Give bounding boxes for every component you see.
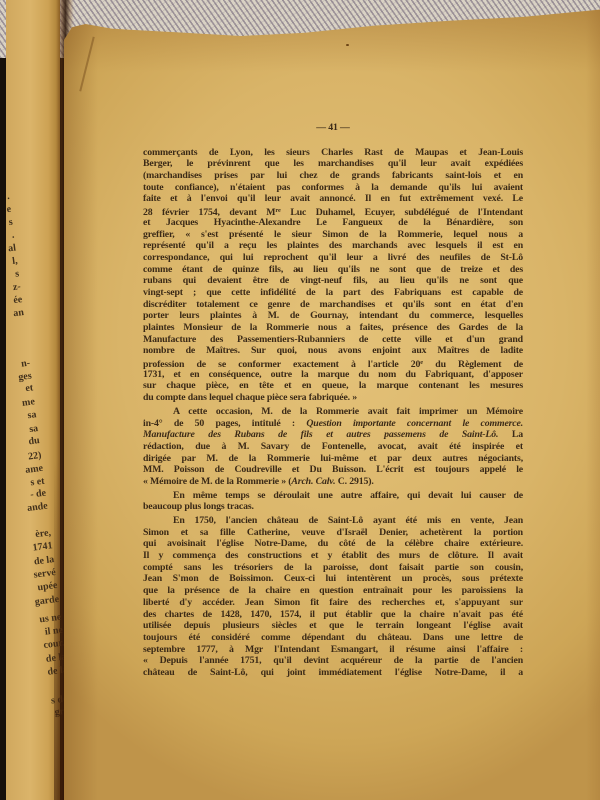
text-line: in-4° de 50 pages, intitulé : Question i… <box>143 418 523 430</box>
text-line: discréditer totalement ce genre de march… <box>143 299 523 311</box>
text-line: greffier, « s'est présenté le sieur Simo… <box>143 229 523 241</box>
left-page-line-fragment: - de <box>30 488 47 501</box>
text-line: « Mémoire de M. de la Rommerie » (Arch. … <box>143 476 523 488</box>
text-line: septembre 1777, à Mgr l'Intendant Esmang… <box>143 644 523 656</box>
page-edge-shadow <box>586 0 600 800</box>
left-page-line-fragment: me <box>21 396 35 408</box>
text-line: que la présence de la chaire en question… <box>143 585 523 597</box>
text-line: nombre de Maîtres. Sur quoi, nous avons … <box>143 345 523 357</box>
left-page-line-fragment: sa <box>27 409 37 421</box>
paragraph: En même temps se déroulait une autre aff… <box>143 490 523 513</box>
left-page-line-fragment: . <box>11 230 15 241</box>
text-line: Berger, le prévinrent que les marchandis… <box>143 158 523 170</box>
text-segment: « Mémoire de M. de la Rommerie » ( <box>143 476 291 487</box>
text-column: — 41 — commerçants de Lyon, les sieurs C… <box>143 122 523 679</box>
text-line: rubans qui devaient être de vingt-neuf f… <box>143 275 523 287</box>
italic-text: Manufacture des Rubans de fils et autres… <box>143 429 498 440</box>
text-line: du compte dans lequel chaque pièce sera … <box>143 392 523 404</box>
text-segment: in-4° de 50 pages, intitulé : <box>143 418 306 429</box>
text-segment: 28 février 1754, devant M <box>143 207 275 217</box>
book-photo: .es.all,sz-éeann-gesetmesasadu22)ames et… <box>0 0 600 800</box>
text-line: dirigée par M. de la Rommerie lui-même e… <box>143 453 523 465</box>
text-line: En 1750, l'ancien château de Saint-Lô ay… <box>143 515 523 527</box>
text-line: vingt-sept ; que cette infidélité de la … <box>143 287 523 299</box>
foxing-speck <box>346 44 349 46</box>
text-line: faite et à l'envoi qu'il leur avait anno… <box>143 193 523 205</box>
text-line: utilisée depuis plusieurs siècles et que… <box>143 620 523 632</box>
body-text: commerçants de Lyon, les sieurs Charles … <box>143 147 523 679</box>
left-page-line-fragment: servé <box>33 567 56 581</box>
text-line: « Depuis l'année 1751, qu'il devint acqu… <box>143 655 523 667</box>
left-page-line-fragment: ges <box>18 371 33 384</box>
text-line: beaucoup plus longs tracas. <box>143 501 523 513</box>
left-page-line-fragment: z- <box>12 281 21 293</box>
page-number: — 41 — <box>143 122 523 134</box>
left-page-line-fragment: sa <box>29 423 39 435</box>
text-line: toute confiance), n'étaient pas conforme… <box>143 182 523 194</box>
right-page: — 41 — commerçants de Lyon, les sieurs C… <box>64 0 600 800</box>
text-segment: du Règlement de <box>423 359 523 369</box>
text-line: (marchandises prises par lui chez de gra… <box>143 170 523 182</box>
text-line: représenté qu'il a reçu les plaintes des… <box>143 240 523 252</box>
text-line: Manufacture des Rubans de fils et autres… <box>143 429 523 441</box>
left-page-line-fragment: s <box>8 217 13 228</box>
left-page-line-fragment: n- <box>21 358 31 370</box>
text-line: rédaction, due à M. Savary de Fontenelle… <box>143 441 523 453</box>
text-line: sur chaque pièce, en tête et en queue, l… <box>143 380 523 392</box>
text-line: Manufacture des Passementiers-Rubanniers… <box>143 334 523 346</box>
left-page-line-fragment: s <box>15 268 20 279</box>
text-line: château de Saint-Lô, qui joint immédiate… <box>143 667 523 679</box>
left-page-line-fragment: 1741 <box>32 540 53 553</box>
text-line: qui avoisinait l'église Notre-Dame, du c… <box>143 538 523 550</box>
text-line: commerçants de Lyon, les sieurs Charles … <box>143 147 523 159</box>
text-segment: Luc Duhamel, Ecuyer, subdélégué de l'Int… <box>281 207 523 217</box>
text-line: toujours été considéré comme dépendant d… <box>143 632 523 644</box>
text-line: compté sans les trésoriers de la paroiss… <box>143 562 523 574</box>
paragraph: En 1750, l'ancien château de Saint-Lô ay… <box>143 515 523 679</box>
text-line: 28 février 1754, devant Mre Luc Duhamel,… <box>143 205 523 217</box>
left-page-line-fragment: l, <box>12 255 19 267</box>
text-line: porter leurs plaintes à M. de Gournay, i… <box>143 310 523 322</box>
left-page-line-fragment: du <box>28 435 40 447</box>
left-page-line-fragment: . <box>6 191 10 202</box>
text-line: Il y commença des constructions et y éta… <box>143 550 523 562</box>
text-segment: La <box>498 429 523 440</box>
text-segment: C. 2915). <box>335 476 373 487</box>
text-line: profession de se conformer exactement à … <box>143 357 523 369</box>
text-line: correspondance, qui lui reprochent qu'il… <box>143 252 523 264</box>
text-line: et Jacques Hyacinthe-Alexandre Le Fangue… <box>143 217 523 229</box>
page-inner-shadow <box>64 0 98 800</box>
left-page-line-fragment: et <box>25 382 34 394</box>
text-line: plaintes Monsieur de la Rommerie nous a … <box>143 322 523 334</box>
text-line: comme étant de quinze fils, au lieu qu'i… <box>143 264 523 276</box>
left-page-line-fragment: 22) <box>27 450 42 463</box>
left-page-line-fragment: ée <box>13 294 23 306</box>
text-line: A cette occasion, M. de la Rommerie avai… <box>143 406 523 418</box>
paragraph: commerçants de Lyon, les sieurs Charles … <box>143 147 523 404</box>
text-line: En même temps se déroulait une autre aff… <box>143 490 523 502</box>
left-page-line-fragment: an <box>13 307 25 319</box>
paragraph: A cette occasion, M. de la Rommerie avai… <box>143 406 523 488</box>
text-line: MM. Poisson de Coudreville et Du Buisson… <box>143 464 523 476</box>
italic-text: Question importante concernant le commer… <box>306 418 523 429</box>
text-line: Jean S'mon de Boissimon. Ceux-ci lui int… <box>143 573 523 585</box>
left-page-line-fragment: s et <box>30 476 45 489</box>
left-page-line-fragment: e <box>6 204 12 215</box>
text-line: 1731, et en conséquence, outre la marque… <box>143 369 523 381</box>
left-page-line-fragment: de la <box>33 554 54 567</box>
text-line: des chartes de 1428, 1470, 1574, il put … <box>143 609 523 621</box>
text-line: liberté d'y accéder. Jean Simon fit fair… <box>143 597 523 609</box>
italic-text: Arch. Calv. <box>291 476 335 487</box>
left-page-line-fragment: ame <box>25 463 44 476</box>
left-page-line-fragment: al <box>8 242 17 254</box>
text-line: Simon et sa fille Catherine, veuve d'Isr… <box>143 527 523 539</box>
left-page-line-fragment: ande <box>27 501 49 514</box>
text-segment: profession de se conformer exactement à … <box>143 359 420 369</box>
left-page-line-fragment: ère, <box>35 527 52 540</box>
